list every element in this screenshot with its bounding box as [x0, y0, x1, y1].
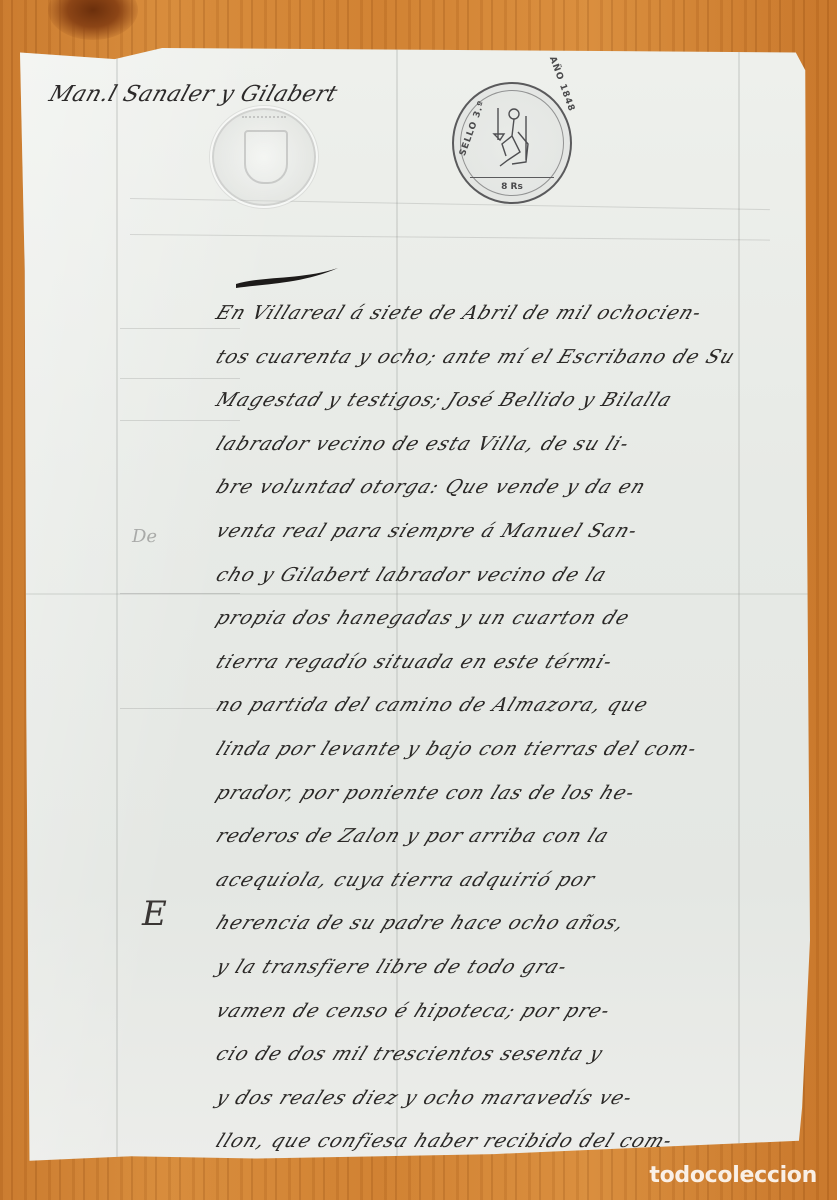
fold-crease	[116, 48, 118, 1163]
bleed-through-line	[130, 234, 770, 241]
margin-note: De	[132, 526, 157, 547]
tax-stamp: SELLO 3.º AÑO 1848 8 Rs	[452, 82, 572, 204]
watermark-logo: todocoleccion	[649, 1163, 817, 1188]
deed-line: tierra regadío situada en este térmi-	[208, 641, 786, 685]
document-page: Man.l Sanaler y Gilabert SELLO 3.º AÑO 1…	[20, 48, 810, 1163]
deed-body: En Villareal á siete de Abril de mil och…	[208, 292, 768, 1164]
deed-line: no partida del camino de Almazora, que	[208, 684, 786, 728]
deed-line: y la transfiere libre de todo gra-	[208, 946, 786, 990]
deed-line: En Villareal á siete de Abril de mil och…	[208, 292, 786, 336]
deed-line: prador, por poniente con las de los he-	[208, 772, 786, 816]
deed-line: bre voluntad otorga: Que vende y da en	[208, 466, 786, 510]
stamp-arc-right: AÑO 1848	[547, 55, 576, 113]
margin-capital: E	[142, 894, 167, 934]
deed-line: venta real para siempre á Manuel San-	[208, 510, 786, 554]
crown-icon	[242, 116, 286, 130]
stamp-baseline	[470, 177, 554, 178]
wood-knot	[48, 0, 138, 40]
deed-line: tos cuarenta y ocho; ante mí el Escriban…	[208, 336, 786, 380]
embossed-seal	[210, 106, 318, 208]
deed-line: acequiola, cuya tierra adquirió por	[208, 859, 786, 903]
deed-line: rederos de Zalon y por arriba con la	[208, 815, 786, 859]
deed-line: linda por levante y bajo con tierras del…	[208, 728, 786, 772]
bleed-through-line	[130, 198, 770, 210]
title-flourish	[232, 266, 342, 290]
stamp-value: 8 Rs	[454, 182, 570, 192]
deed-line: propia dos hanegadas y un cuarton de	[208, 597, 786, 641]
coat-of-arms-icon	[244, 130, 288, 184]
deed-line: cio de dos mil trescientos sesenta y	[208, 1033, 786, 1077]
deed-line: cho y Gilabert labrador vecino de la	[208, 554, 786, 598]
deed-line: herencia de su padre hace ocho años,	[208, 902, 786, 946]
seated-figure-icon	[490, 104, 534, 174]
deed-line: Magestad y testigos; José Bellido y Bila…	[208, 379, 786, 423]
closing-flourish	[260, 1144, 690, 1200]
deed-line: vamen de censo é hipoteca; por pre-	[208, 990, 786, 1034]
deed-line: labrador vecino de esta Villa, de su li-	[208, 423, 786, 467]
deed-line: y dos reales diez y ocho maravedís ve-	[208, 1077, 786, 1121]
header-signature: Man.l Sanaler y Gilabert	[46, 82, 341, 107]
